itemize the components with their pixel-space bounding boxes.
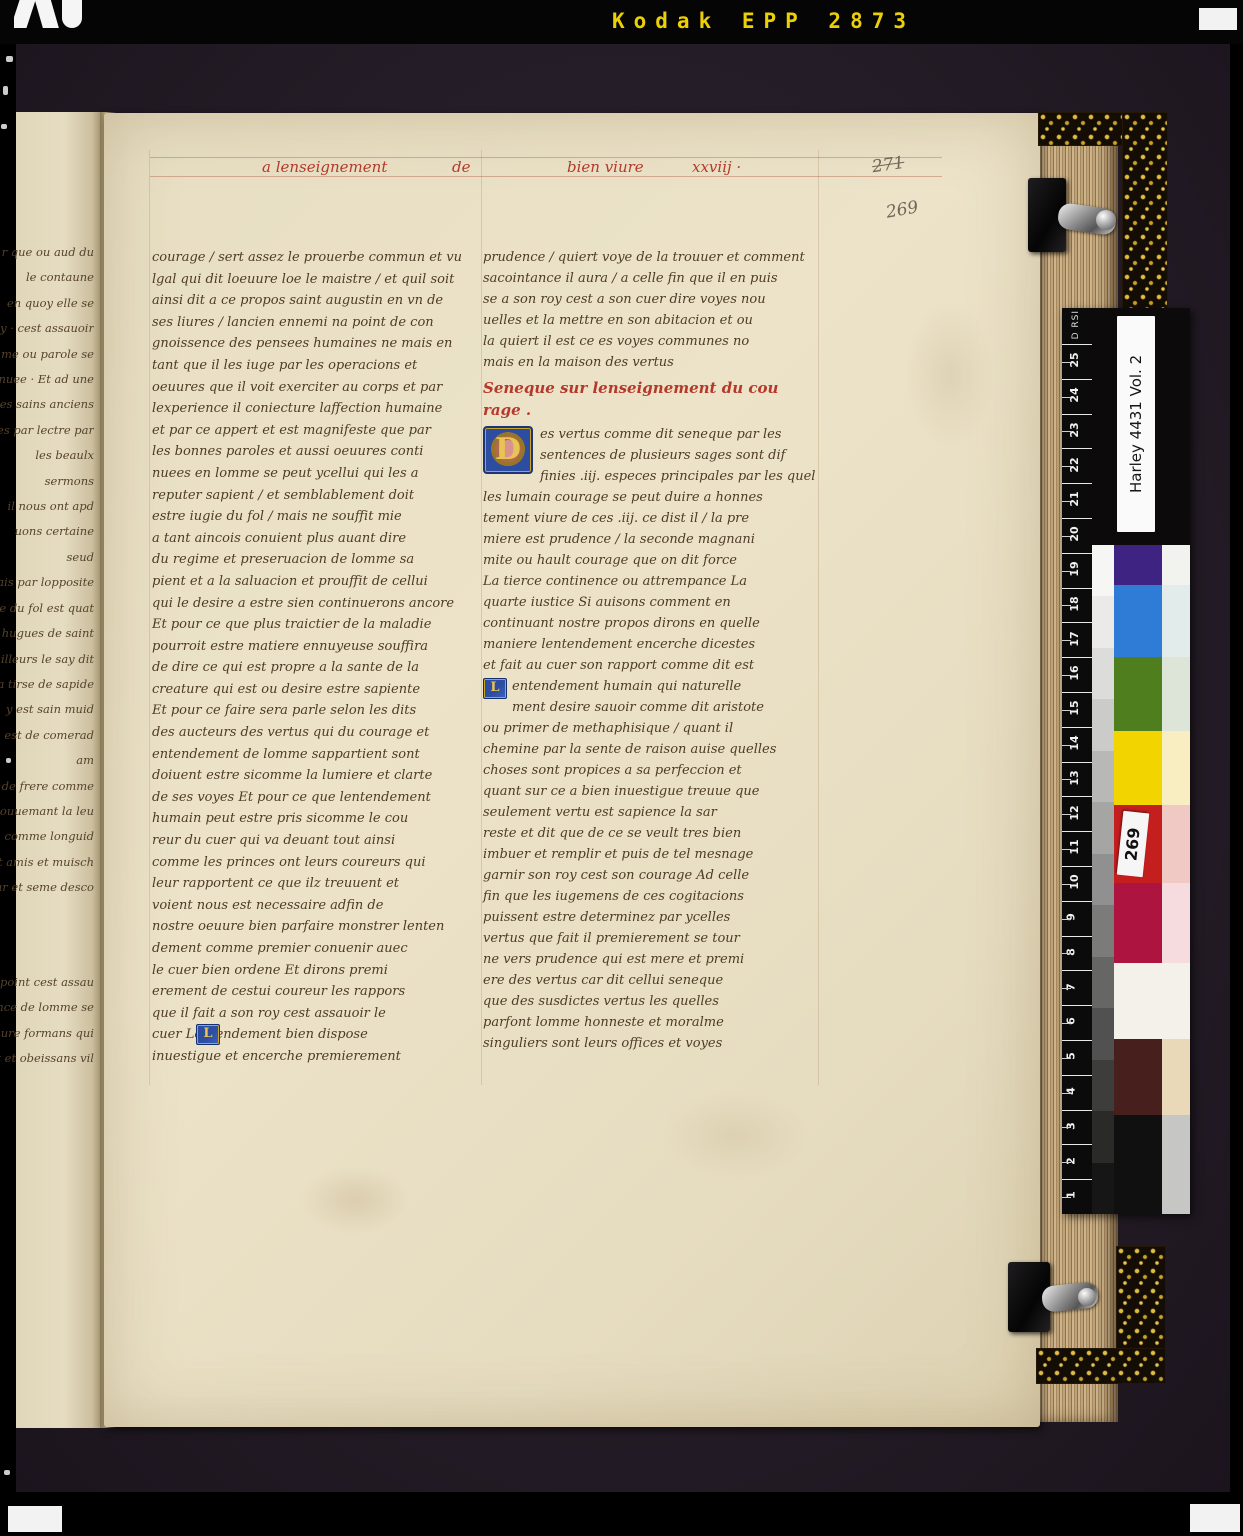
gray-step	[1092, 751, 1114, 802]
paragraph-two-text: entendement humain qui naturelle ment de…	[483, 676, 823, 1054]
ruler-cell: 15	[1062, 692, 1092, 727]
ruler-cell: 21	[1062, 483, 1092, 518]
paragraph-one: D es vertus comme dit seneque par les se…	[483, 424, 823, 676]
patch-pale	[1162, 805, 1190, 883]
gray-step	[1092, 905, 1114, 956]
patch-white	[1114, 963, 1190, 1039]
ruler-cell: 1	[1062, 1179, 1092, 1214]
gray-step	[1092, 1111, 1114, 1162]
parchment-stain	[300, 1165, 410, 1235]
paragraph-two: L entendement humain qui naturelle ment …	[483, 676, 823, 1054]
ruler-code: D RSI	[1062, 308, 1092, 344]
corner-marking-bottom-right	[1190, 1504, 1240, 1532]
ruler-cell: 8	[1062, 936, 1092, 971]
ruled-line	[150, 176, 942, 177]
ruler-cell: 12	[1062, 796, 1092, 831]
ruler-cell: 11	[1062, 831, 1092, 866]
patch-color	[1114, 963, 1162, 1039]
patch-purple	[1114, 545, 1190, 585]
patch-pale	[1162, 883, 1190, 963]
binding-thread-speck	[3, 86, 8, 95]
parchment-stain	[905, 300, 995, 450]
running-header-right: bien viure	[567, 158, 644, 176]
corner-marking-top-left	[14, 0, 92, 30]
patch-color	[1114, 545, 1162, 585]
color-patches: Harley 4431 Vol. 2	[1114, 308, 1190, 1214]
patch-pale	[1162, 731, 1190, 805]
binding-thread-speck	[1, 124, 7, 129]
gray-step	[1092, 596, 1114, 647]
binding-thread-speck	[4, 1470, 10, 1475]
patch-color	[1114, 585, 1162, 657]
gray-step	[1092, 648, 1114, 699]
gray-step	[1092, 802, 1114, 853]
ruler-cell: 4	[1062, 1075, 1092, 1110]
patch-crimson	[1114, 883, 1190, 963]
patch-pale	[1162, 545, 1190, 585]
grayscale-spacer	[1092, 308, 1114, 545]
patch-pale	[1162, 585, 1190, 657]
ruler-cell: 14	[1062, 727, 1092, 762]
parchment-stain	[660, 1090, 810, 1180]
facing-page-edge: r que ou aud du le contaune en quoy elle…	[16, 112, 102, 1428]
binding-thread-speck	[6, 56, 13, 62]
corner-marking-top-right	[1199, 8, 1237, 30]
patch-color	[1114, 731, 1162, 805]
ruler-cell: 20	[1062, 518, 1092, 553]
ruler-cell: 19	[1062, 553, 1092, 588]
ruler-cell: 9	[1062, 901, 1092, 936]
patch-color	[1114, 883, 1162, 963]
corner-marking-bottom-left	[8, 1506, 62, 1532]
ruler-cell: 13	[1062, 762, 1092, 797]
ruler-cell: 24	[1062, 379, 1092, 414]
ruler-cell: 16	[1062, 657, 1092, 692]
facing-page-text-fragment: re point cest assau nce de lomme se euur…	[0, 970, 94, 1080]
ruler-cell: 6	[1062, 1005, 1092, 1040]
ruler-cell: 25	[1062, 344, 1092, 379]
ruler-scale: D RSI 25 24 23 22 21 20 19 18 17 16 15 1…	[1062, 308, 1092, 1214]
ruler-cell: 7	[1062, 970, 1092, 1005]
ruler-cell: 18	[1062, 588, 1092, 623]
illuminated-initial-small-right: L	[483, 678, 507, 699]
patch-green	[1114, 657, 1190, 731]
ruler-cells: 25 24 23 22 21 20 19 18 17 16 15 14 13 1…	[1062, 344, 1092, 1214]
gilt-binding-top-side	[1122, 112, 1168, 332]
ruler-cell: 2	[1062, 1144, 1092, 1179]
binder-clip-bottom-handle-ball	[1078, 1288, 1096, 1306]
patch-color	[1114, 1039, 1162, 1115]
patch-pale	[1162, 657, 1190, 731]
ruler-cell: 17	[1062, 622, 1092, 657]
gray-step	[1092, 545, 1114, 596]
facing-page-text-fragment: r que ou aud du le contaune en quoy elle…	[0, 240, 94, 905]
ruled-line	[149, 150, 150, 1085]
patch-pale	[1162, 963, 1190, 1039]
ruler-cell: 3	[1062, 1110, 1092, 1145]
paragraph-intro: prudence / quiert voye de la trouuer et …	[483, 247, 823, 373]
patch-black	[1114, 1115, 1190, 1214]
ruler-cell: 10	[1062, 866, 1092, 901]
rubric-heading: Seneque sur lenseignement du cou rage .	[483, 378, 823, 421]
shelfmark-label-block: Harley 4431 Vol. 2	[1114, 308, 1190, 545]
running-header-left: a lenseignement	[262, 158, 387, 176]
patch-pale	[1162, 1039, 1190, 1115]
running-header-mid: de	[452, 158, 470, 176]
gray-step	[1092, 854, 1114, 905]
illuminated-initial-small-left: L	[196, 1024, 220, 1045]
patch-color	[1114, 657, 1162, 731]
gray-step	[1092, 1008, 1114, 1059]
gilt-binding-bottom	[1036, 1348, 1166, 1384]
film-top-bar: Kodak EPP 2873	[0, 0, 1243, 44]
film-stock-label: Kodak EPP 2873	[612, 9, 915, 33]
grayscale-steps	[1092, 308, 1114, 1214]
text-column-right: prudence / quiert voye de la trouuer et …	[483, 247, 823, 1054]
patch-color	[1114, 1115, 1162, 1214]
running-header-chapter: xxviij ·	[692, 158, 741, 176]
patch-pale	[1162, 1115, 1190, 1214]
gray-step	[1092, 957, 1114, 1008]
text-column-left: courage / sert assez le prouerbe commun …	[152, 247, 488, 1068]
ruler-cell: 5	[1062, 1040, 1092, 1075]
binder-clip-top-handle-ball	[1096, 210, 1116, 230]
gray-step	[1092, 1060, 1114, 1111]
photograph-frame: Kodak EPP 2873 r que ou aud du le contau…	[0, 0, 1243, 1536]
illuminated-initial-dropcap: D	[483, 426, 533, 474]
gray-step	[1092, 699, 1114, 750]
patch-maroon	[1114, 1039, 1190, 1115]
patch-blue	[1114, 585, 1190, 657]
ruler-cell: 22	[1062, 448, 1092, 483]
gray-step	[1092, 1163, 1114, 1214]
color-calibration-strip: D RSI 25 24 23 22 21 20 19 18 17 16 15 1…	[1062, 308, 1190, 1214]
patch-yellow	[1114, 731, 1190, 805]
paragraph-one-text: es vertus comme dit seneque par les sent…	[483, 424, 823, 676]
shelfmark-label: Harley 4431 Vol. 2	[1117, 316, 1155, 532]
ruler-cell: 23	[1062, 414, 1092, 449]
